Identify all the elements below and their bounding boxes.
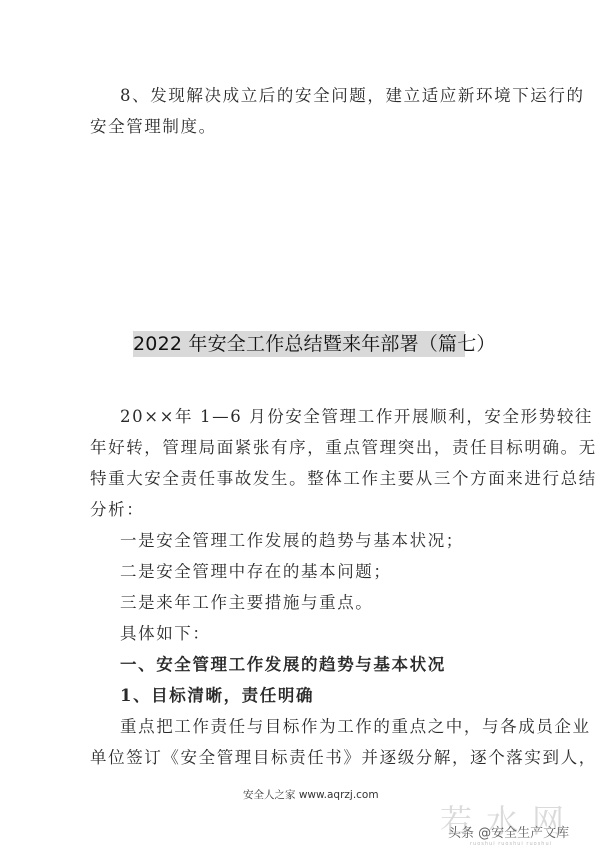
watermark-caption: 头条 @安全生产文库 [448,822,569,841]
title-highlight: 2022 年安全工作总结暨来年部署（篇七） [133,331,465,357]
body-line-1: 重点把工作责任与目标作为工作的重点之中，与各成员企业 [120,716,515,738]
body-line-2: 单位签订《安全管理目标责任书》并逐级分解，逐个落实到人， [90,747,515,769]
point-3: 三是来年工作主要措施与重点。 [120,592,515,614]
watermark: 若水网 头条 @安全生产文库 ruoshui ruoshui ruoshui [440,800,600,849]
intro-line-1: 20××年 1—6 月份安全管理工作开展顺利，安全形势较往 [120,406,515,428]
intro-line-3: 特重大安全责任事故发生。整体工作主要从三个方面来进行总结 [90,468,515,490]
intro-line-2: 年好转，管理局面紧张有序，重点管理突出，责任目标明确。无 [90,437,515,459]
item-8-line-1: 8、发现解决成立后的安全问题，建立适应新环境下运行的 [120,85,515,107]
point-1: 一是安全管理工作发展的趋势与基本状况； [120,530,515,552]
section-heading: 一、安全管理工作发展的趋势与基本状况 [120,654,515,676]
subsection-heading: 1、目标清晰，责任明确 [120,685,515,707]
document-page: 8、发现解决成立后的安全问题，建立适应新环境下运行的 安全管理制度。 2022 … [0,0,600,849]
page-title: 2022 年安全工作总结暨来年部署（篇七） [133,331,465,357]
watermark-subtext: ruoshui ruoshui ruoshui [470,841,552,847]
point-2: 二是安全管理中存在的基本问题； [120,561,515,583]
footer-site-text: 安全人之家 www.aqrzj.com [243,787,379,802]
item-8-line-2: 安全管理制度。 [90,116,515,138]
details-intro: 具体如下： [120,623,515,645]
intro-line-4: 分析： [90,499,515,521]
